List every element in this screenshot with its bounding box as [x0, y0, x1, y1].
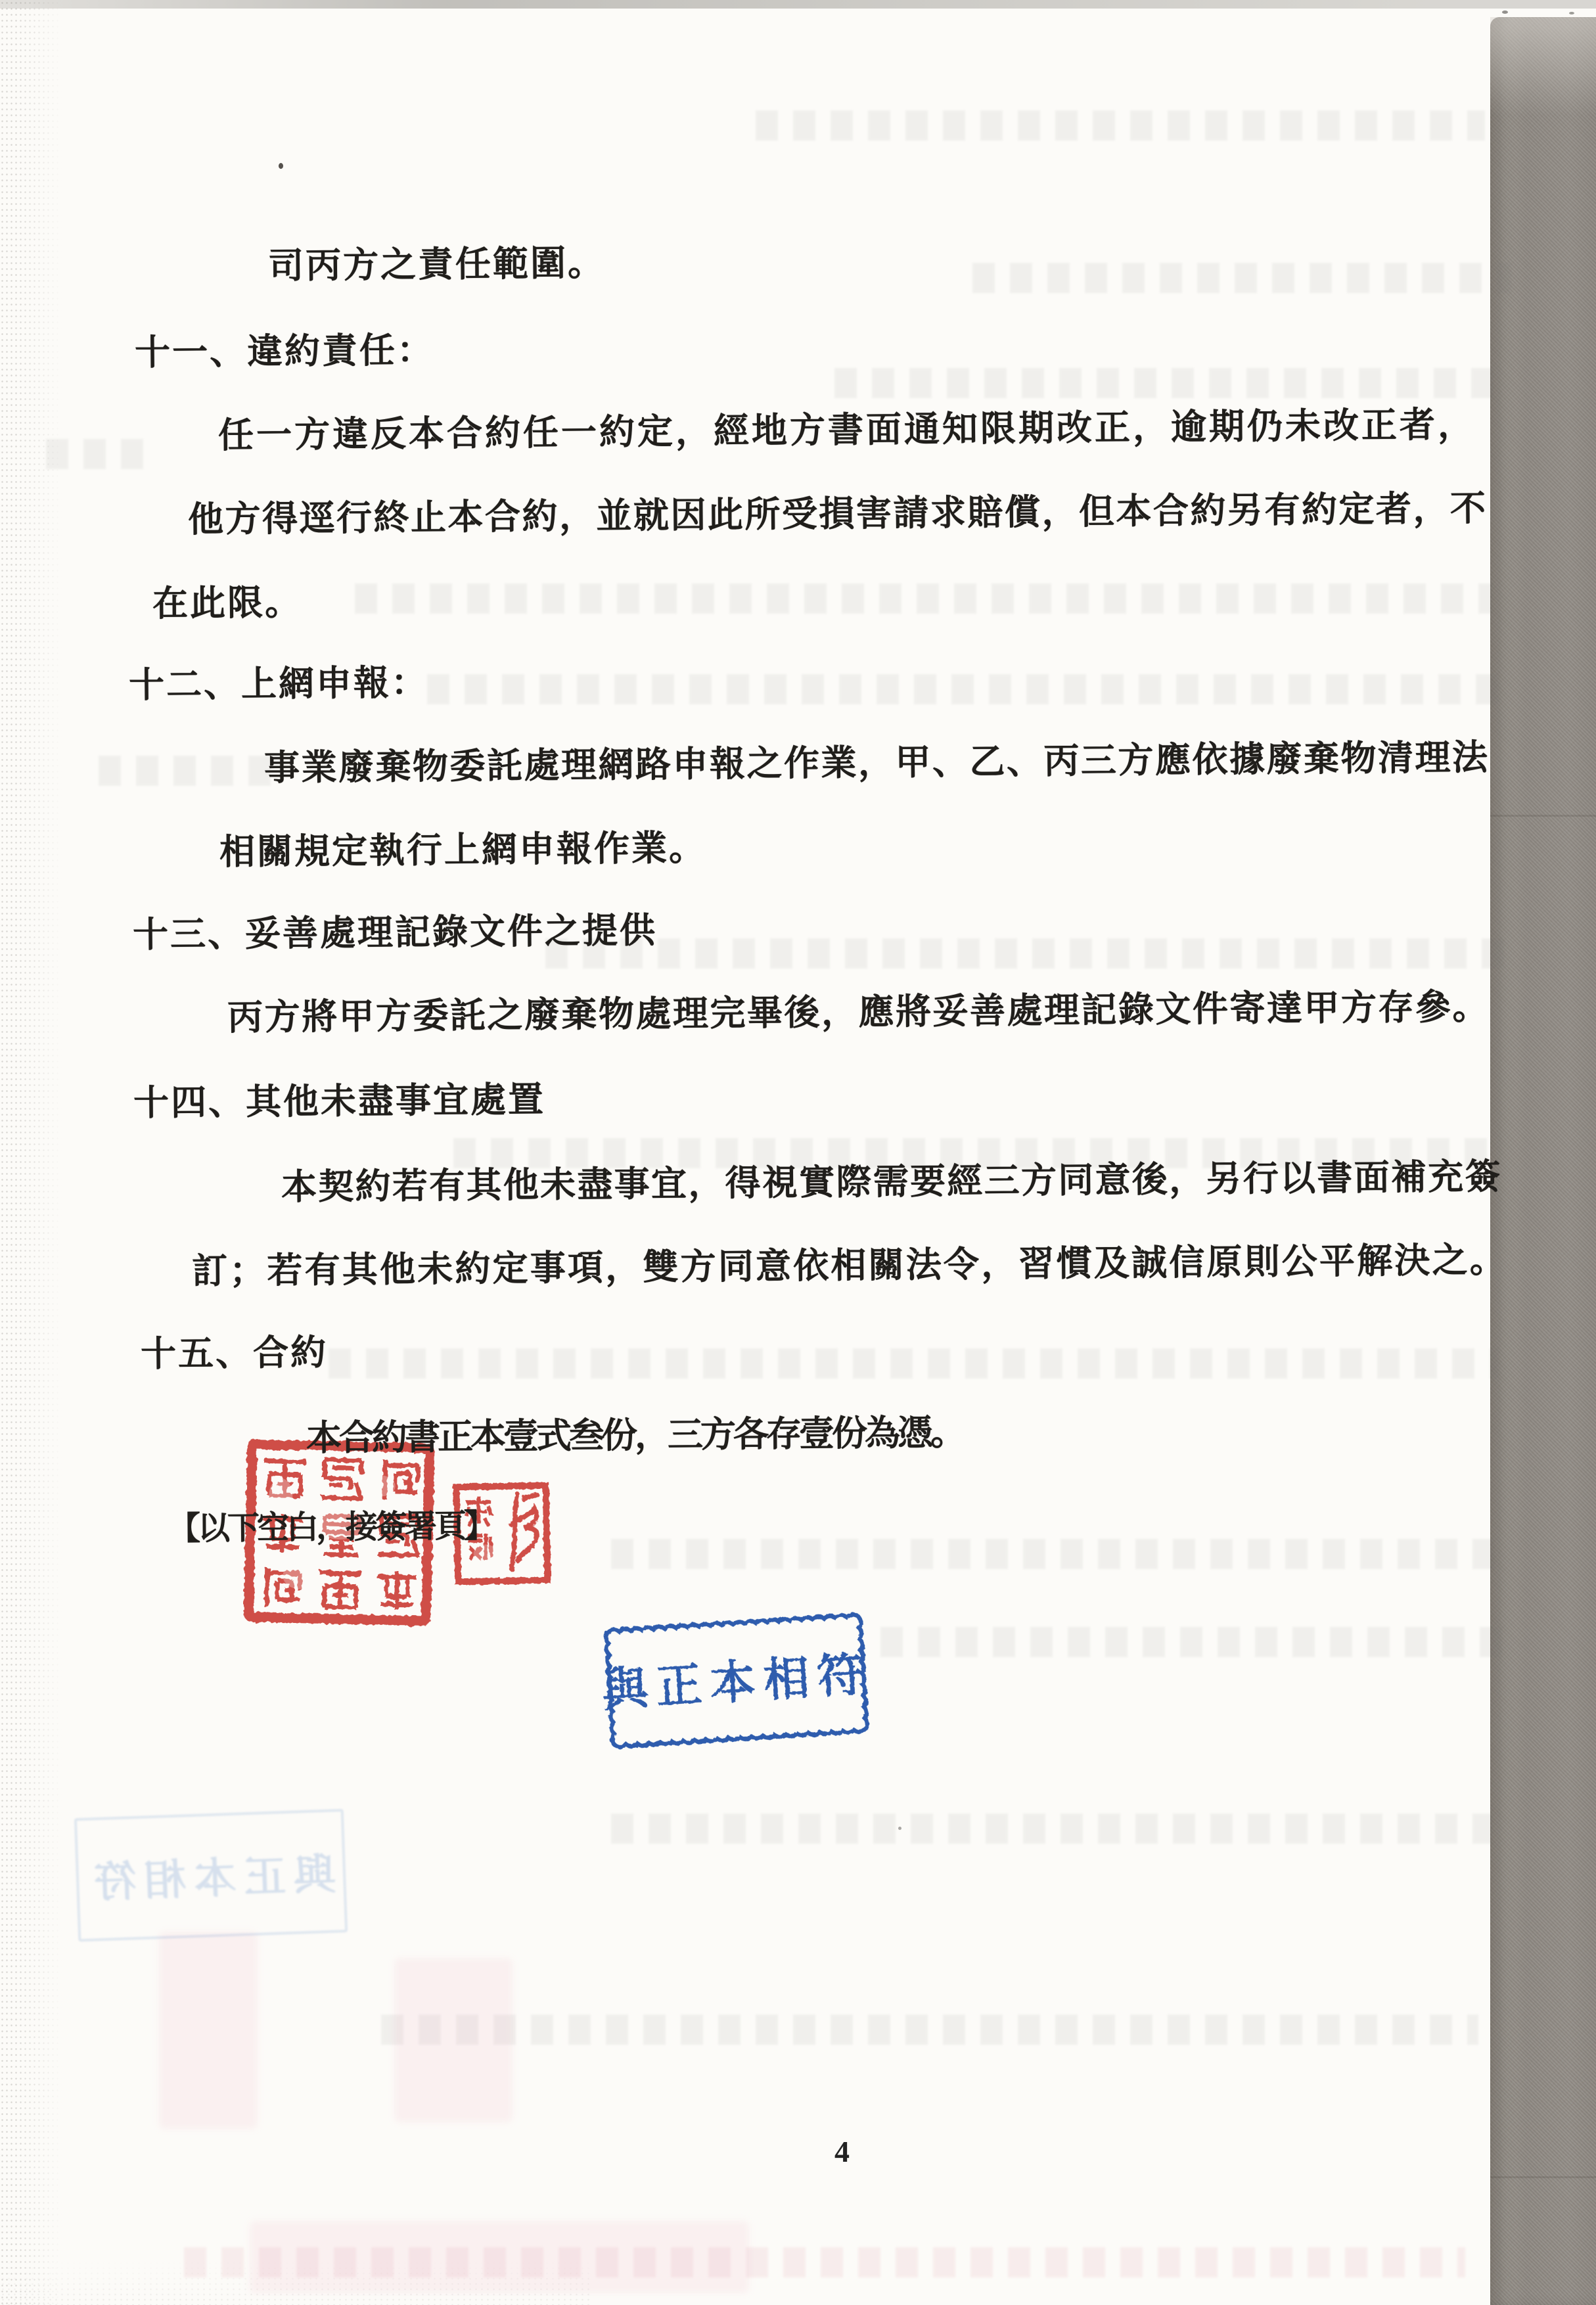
clause-12-text: 事業廢棄物委託處理網路申報之作業，甲、乙、丙三方應依據廢棄物清理法	[264, 729, 1490, 790]
bleedthrough-row	[880, 1627, 1505, 1657]
clause-13-text: 丙方將甲方委託之廢棄物處理完畢後，應將妥善處理記錄文件寄達甲方存參。	[227, 978, 1490, 1040]
clause-11-text: 他方得逕行終止本合約，並就因此所受損害請求賠償，但本合約另有約定者，不	[188, 480, 1488, 542]
scan-left-noise	[0, 0, 62, 2305]
clause-12-text: 相關規定執行上網申報作業。	[219, 820, 707, 875]
clause-11-text: 在此限。	[152, 574, 303, 626]
page-number: 4	[834, 2134, 850, 2169]
contract-line-continuation: 司丙方之責任範圍。	[268, 235, 606, 288]
scan-right-edge-band	[1490, 17, 1596, 2305]
scan-band-highlight	[1490, 17, 1596, 116]
scanned-contract-page: 與正本相符 司丙方之責任範圍。 十一、違約責任： 任一方違反本合約任一約定，經地…	[0, 0, 1596, 2305]
certification-stamp-text: 與正本相符	[601, 1649, 873, 1717]
bleedthrough-row	[329, 1348, 1498, 1379]
clause-14-text: 訂；若有其他未約定事項，雙方同意依相關法令，習慣及誠信原則公平解決之。	[192, 1232, 1508, 1294]
scan-band-seam	[1490, 2176, 1596, 2178]
clause-heading-14: 十四、其他未盡事宜處置	[133, 1072, 546, 1126]
bleedthrough-seal	[159, 1932, 258, 2129]
bleedthrough-row	[611, 1539, 1498, 1569]
bleedthrough-row	[46, 439, 145, 469]
ink-speck	[1502, 11, 1508, 14]
bleedthrough-seal	[250, 2221, 749, 2293]
ink-speck	[279, 163, 283, 169]
bleedthrough-row	[427, 674, 1498, 704]
clause-15-text: 本合約書正本壹式叁份，三方各存壹份為憑。	[306, 1404, 964, 1461]
clause-heading-15: 十五、合約	[141, 1325, 329, 1377]
bleedthrough-row	[545, 938, 1505, 969]
bleedthrough-seal	[394, 1958, 513, 2122]
bleedthrough-row	[611, 1814, 1492, 1844]
clause-14-text: 本契約若有其他未盡事宜，得視實際需要經三方同意後，另行以書面補充簽	[281, 1149, 1503, 1210]
bleedthrough-row	[381, 2015, 1478, 2045]
clause-11-text: 任一方違反本合約任一約定，經地方書面通知限期改正，逾期仍未改正者，	[218, 396, 1476, 458]
clause-heading-11: 十一、違約責任：	[135, 322, 435, 375]
bleedthrough-row	[355, 583, 1492, 614]
scan-band-seam	[1490, 815, 1596, 817]
bleedthrough-stamp-text: 與正本相符	[85, 1840, 337, 1909]
clause-heading-13: 十三、妥善處理記錄文件之提供	[133, 902, 658, 957]
bleedthrough-row	[972, 263, 1511, 293]
certification-stamp: 與正本相符	[598, 1607, 875, 1754]
bleedthrough-row	[99, 756, 283, 786]
bleedthrough-certification-stamp: 與正本相符	[74, 1809, 348, 1942]
clause-heading-12: 十二、上網申報：	[129, 654, 429, 708]
bleedthrough-row	[756, 110, 1485, 141]
bleedthrough-row	[834, 368, 1505, 398]
scan-top-edge	[0, 0, 1596, 9]
ink-speck	[1569, 12, 1574, 14]
blank-below-note: 【以下空白，接簽署頁】	[168, 1501, 494, 1549]
